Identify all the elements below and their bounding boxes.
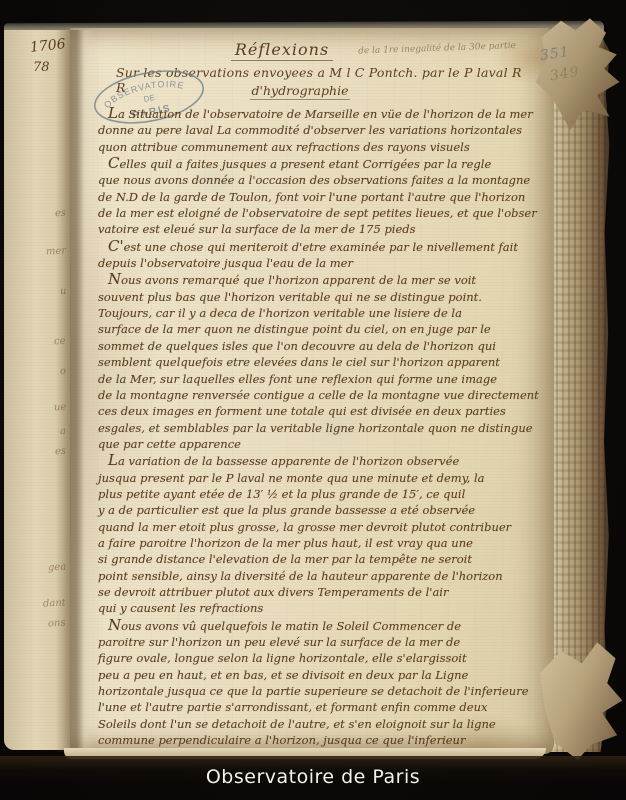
manuscript-line: surface de la mer quon ne distingue poin… <box>98 321 536 337</box>
manuscript-line: donne au pere laval La commodité d'obser… <box>98 122 536 138</box>
manuscript-line: de la montagne renversée contigue a cell… <box>98 387 536 403</box>
manuscript-line: qui y causent les refractions <box>98 600 536 616</box>
page-number-annotation: 78 <box>33 60 50 75</box>
manuscript-line: quand la mer etoit plus grosse, la gross… <box>98 519 536 535</box>
manuscript-page: Réflexions de la 1re inegalité de la 30e… <box>70 28 554 754</box>
manuscript-line: Celles quil a faites jusques a present e… <box>98 155 536 172</box>
manuscript-line: y a de particulier est que la plus grand… <box>98 502 536 518</box>
manuscript-line: que par cette apparence <box>98 436 536 452</box>
manuscript-line: La variation de la bassesse apparente de… <box>98 452 536 469</box>
gutter-shadow <box>56 30 94 752</box>
manuscript-line: La Situation de l'observatoire de Marsei… <box>98 105 536 122</box>
manuscript-line: quon attribue communement aux refraction… <box>98 139 536 155</box>
manuscript-line: de N.D de la garde de Toulon, font voir … <box>98 189 536 205</box>
manuscript-line: de la Mer, sur laquelles elles font une … <box>98 371 536 387</box>
manuscript-line: C'est une chose qui meriteroit d'etre ex… <box>98 238 536 255</box>
manuscript-line: l'une et l'autre partie s'arrondissant, … <box>98 699 536 715</box>
manuscript-line: Nous avons remarqué que l'horizon appare… <box>98 271 536 288</box>
manuscript-line: ces deux images en forment une totale qu… <box>98 403 536 419</box>
manuscript-line: depuis l'observatoire jusqua l'eau de la… <box>98 255 536 271</box>
manuscript-photo: es mer u ce o ue a es gea dant ons Réfle… <box>0 0 626 800</box>
manuscript-line: a faire paroitre l'horizon de la mer plu… <box>98 535 536 551</box>
subtitle2-text: d'hydrographie <box>250 83 351 100</box>
manuscript-line: jusqua present par le P laval ne monte q… <box>98 470 536 486</box>
manuscript-line: esgales, et semblables par la veritable … <box>98 420 536 436</box>
manuscript-line: peu a peu en haut, et en bas, et se divi… <box>98 667 536 683</box>
manuscript-body: La Situation de l'observatoire de Marsei… <box>98 105 536 748</box>
manuscript-line: Toujours, car il y a deca de l'horizon v… <box>98 305 536 321</box>
manuscript-line: paroitre sur l'horizon un peu elevé sur … <box>98 634 536 650</box>
manuscript-line: plus petite ayant etée de 13′ ½ et la pl… <box>98 486 536 502</box>
manuscript-line: horizontale jusqua ce que la partie supe… <box>98 683 536 699</box>
manuscript-line: vatoire est eleué sur la surface de la m… <box>98 221 536 237</box>
subtitle-line2: d'hydrographie <box>190 83 410 98</box>
manuscript-line: se devroit attribuer plutot aux divers T… <box>98 584 536 600</box>
manuscript-line: Nous avons vû quelquefois le matin le So… <box>98 617 536 634</box>
manuscript-line: souvent plus bas que l'horizon veritable… <box>98 289 536 305</box>
manuscript-line: de la mer est eloigné de l'observatoire … <box>98 205 536 221</box>
book-fore-edge <box>550 30 610 752</box>
manuscript-line: commune perpendiculaire a l'horizon, jus… <box>98 732 536 748</box>
manuscript-line: si grande distance l'elevation de la mer… <box>98 551 536 567</box>
manuscript-line: Soleils dont l'un se detachoit de l'autr… <box>98 716 536 732</box>
manuscript-line: semblent quelquefois etre elevées dans l… <box>98 354 536 370</box>
manuscript-line: figure ovale, longue selon la ligne hori… <box>98 650 536 666</box>
stamp-middle-text: DE <box>143 93 156 104</box>
manuscript-line: point sensible, ainsy la diversité de la… <box>98 568 536 584</box>
archive-caption: Observatoire de Paris <box>0 766 626 788</box>
manuscript-line: sommet de quelques isles que l'on decouv… <box>98 338 536 354</box>
manuscript-line: que nous avons donnée a l'occasion des o… <box>98 172 536 188</box>
